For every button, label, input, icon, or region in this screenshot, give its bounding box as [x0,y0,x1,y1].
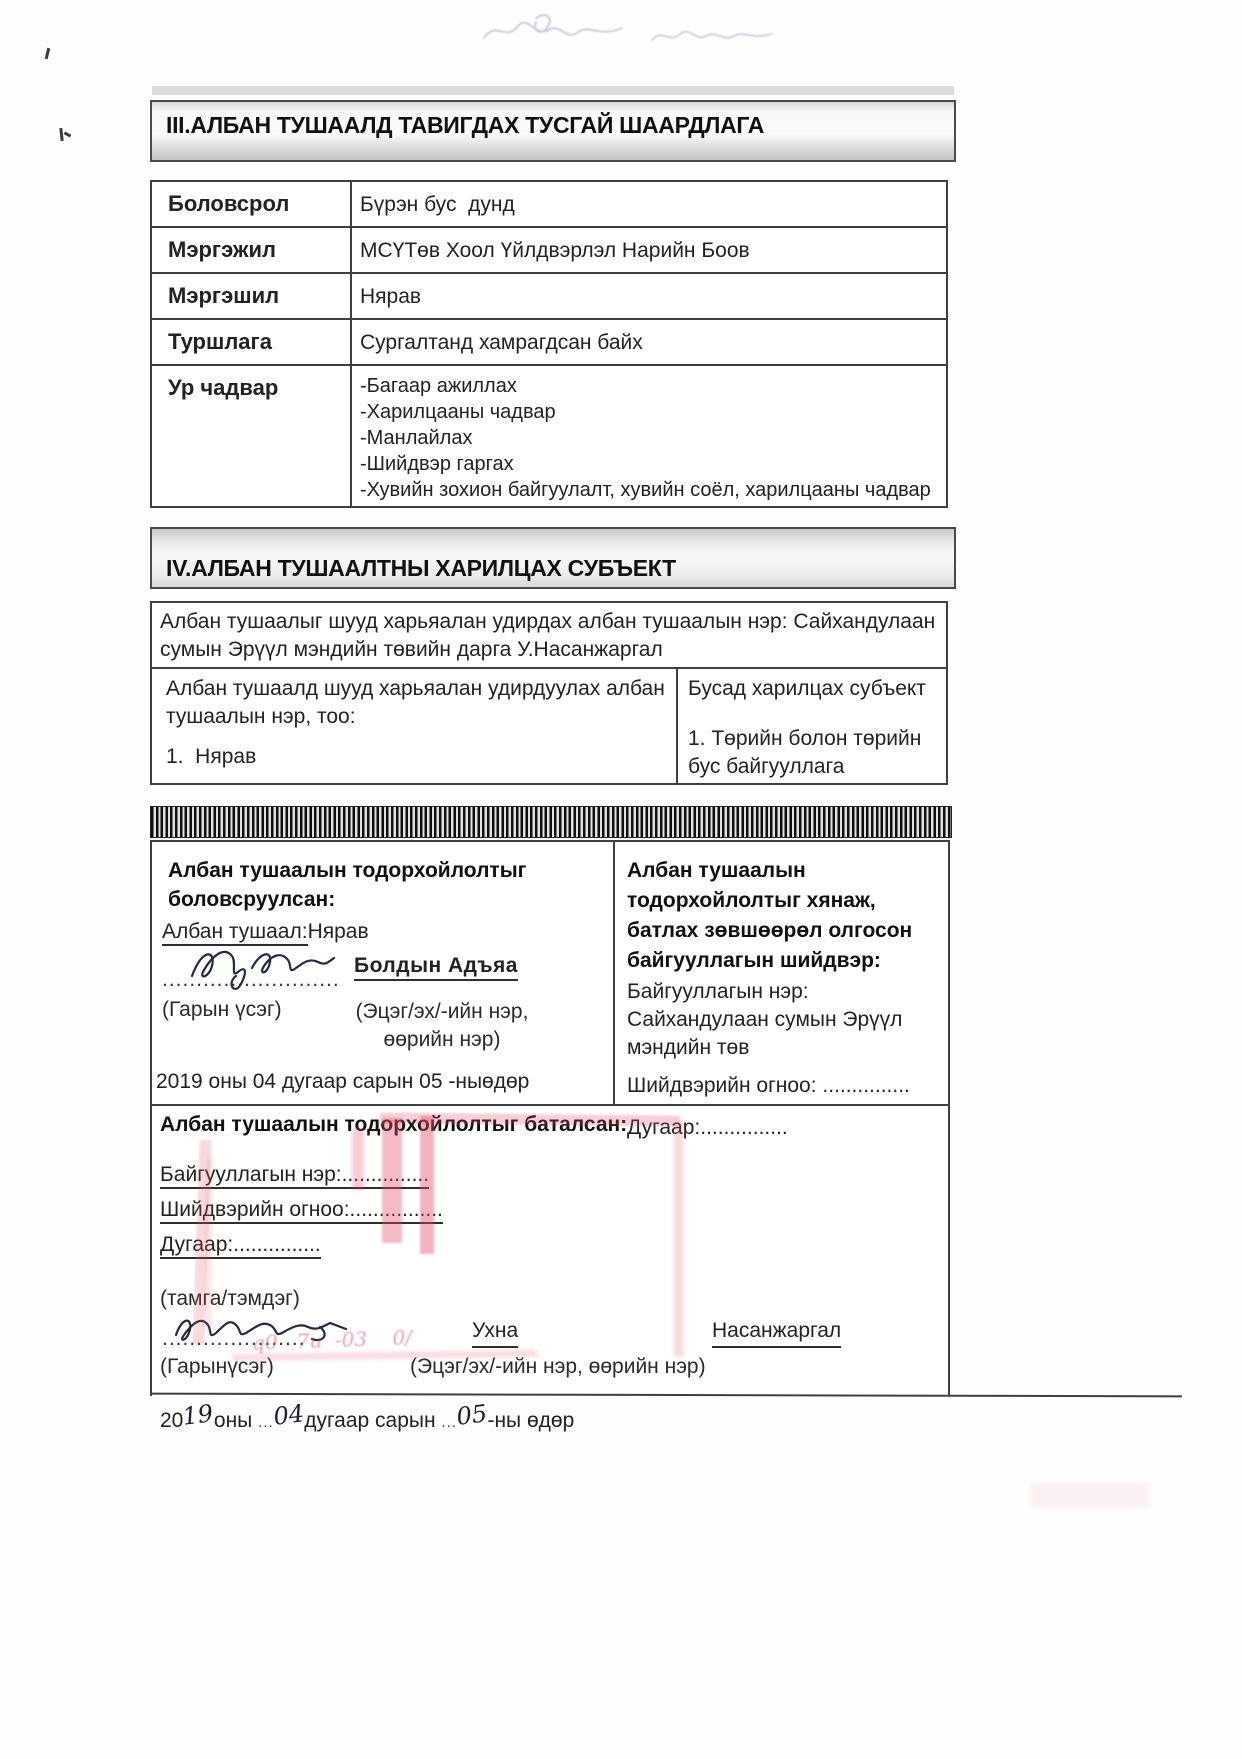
approved-signature-row: ..................... Ухна Насанжаргал [160,1315,946,1353]
header-scan-shadow [152,86,954,95]
row-label: Туршлага [152,320,352,364]
section-iv-header: IV.АЛБАН ТУШААЛТНЫ ХАРИЛЦАХ СУБЪЕКТ [150,527,956,589]
approved-signature-caption: (Гарынүсэг) [160,1355,410,1379]
date-suffix: -ны өдөр [487,1409,574,1432]
scan-speck [45,48,51,59]
section-v-corrupted-band [150,806,952,838]
section-iii-header: III.АЛБАН ТУШААЛД ТАВИГДАХ ТУСГАЙ ШААРДЛ… [150,100,956,162]
approved-org-text: Байгууллагын нэр:............... [160,1163,429,1189]
developed-signature-row: .......................... Болдын Адъяа [152,948,611,996]
date-ony: оны [214,1409,252,1432]
row-value: Сургалтанд хамрагдсан байх [352,320,946,364]
approval-box: Албан тушаалын тодорхойлолтыг боловсруул… [150,840,950,1396]
date-dots-2: ... [441,1414,457,1431]
table-row: Ур чадвар -Багаар ажиллах -Харилцааны ча… [152,366,946,506]
approved-number: Дугаар:............... [160,1231,946,1259]
subjects-left-cell: Албан тушаалд шууд харьяалан удирдуулах … [152,669,678,783]
scan-speck-2 [59,128,63,141]
date-prefix: 20 [160,1409,183,1432]
table-row: Боловсрол Бүрэн бус дунд [152,182,946,228]
subjects-right-header: Бусад харилцах субъект [688,675,940,703]
section-iii-title: III.АЛБАН ТУШААЛД ТАВИГДАХ ТУСГАЙ ШААРДЛ… [152,102,954,139]
subjects-right-cell: Бусад харилцах субъект 1. Төрийн болон т… [678,669,946,783]
approved-org-line: Байгууллагын нэр:............... [160,1161,946,1189]
signature-nasanjargal [168,1307,358,1349]
requirements-table: Боловсрол Бүрэн бус дунд Мэргэжил МСҮТөв… [150,180,948,508]
approved-surname: Ухна [472,1317,518,1348]
row-label: Боловсрол [152,182,352,226]
subjects-left-item: 1. Нярав [166,743,670,771]
approved-captions: (Гарынүсэг) (Эцэг/эх/-ийн нэр, өөрийн нэ… [160,1355,946,1379]
table-row: Мэргэжил МСҮТөв Хоол Үйлдвэрлэл Нарийн Б… [152,228,946,274]
section-iv-title: IV.АЛБАН ТУШААЛТНЫ ХАРИЛЦАХ СУБЪЕКТ [152,529,954,582]
approved-decision-text: Шийдвэрийн огноо:................ [160,1198,443,1224]
scanned-document-page: III.АЛБАН ТУШААЛД ТАВИГДАХ ТУСГАЙ ШААРДЛ… [0,0,1242,1759]
date-month-word: дугаар сарын [304,1409,435,1432]
row-value: Нярав [352,274,946,318]
subjects-columns: Албан тушаалд шууд харьяалан удирдуулах … [152,669,946,783]
handwritten-day: 05 [455,1399,489,1431]
subjects-left-header: Албан тушаалд шууд харьяалан удирдуулах … [166,675,670,731]
approved-number-text: Дугаар:............... [160,1233,321,1259]
reviewed-decision-date: Шийдвэрийн огноо: ............... [627,1072,942,1100]
approved-given-name: Насанжаргал [712,1317,841,1348]
handwritten-year: 19 [181,1399,215,1431]
subjects-table: Албан тушаалыг шууд харьяалан удирдах ал… [150,601,948,785]
supervisor-line: Албан тушаалыг шууд харьяалан удирдах ал… [152,603,946,669]
developed-date-line: 2019 оны 04 дугаар сарын 05 -ныөдөр [152,1068,611,1096]
faint-handwriting-mark [478,8,628,54]
signature-adyaa [180,934,340,992]
table-row: Мэргэшил Нярав [152,274,946,320]
signature-caption: (Гарын үсэг) [152,998,322,1054]
approved-section: Албан тушаалын тодорхойлолтыг баталсан: … [152,1106,946,1437]
faint-handwriting-mark-2 [648,20,778,50]
reviewed-title: Албан тушаалын тодорхойлолтыг хянаж, бат… [627,856,942,976]
approved-date-line: 2019оны ...04дугаар сарын ...05-ны өдөр [160,1405,946,1437]
row-label: Мэргэшил [152,274,352,318]
developed-title: Албан тушаалын тодорхойлолтыг боловсруул… [152,842,611,914]
name-caption: (Эцэг/эх/-ийн нэр, өөрийн нэр) [322,998,562,1054]
scan-speck-3 [64,132,72,138]
row-value: -Багаар ажиллах -Харилцааны чадвар -Манл… [352,366,946,506]
developed-column: Албан тушаалын тодорхойлолтыг боловсруул… [152,842,611,1096]
scan-pink-smudge [1030,1482,1150,1508]
approved-decision-date: Шийдвэрийн огноо:................ [160,1196,946,1224]
developed-captions: (Гарын үсэг) (Эцэг/эх/-ийн нэр, өөрийн н… [152,998,611,1054]
handwritten-month: 04 [272,1399,306,1431]
subjects-right-item: 1. Төрийн болон төрийн бус байгууллага [688,725,940,781]
approved-title: Албан тушаалын тодорхойлолтыг баталсан: [160,1110,946,1139]
row-label: Мэргэжил [152,228,352,272]
table-row: Туршлага Сургалтанд хамрагдсан байх [152,320,946,366]
reviewed-org-line: Байгууллагын нэр: Сайхандулаан сумын Эрү… [627,978,942,1062]
date-dots-1: ... [258,1414,274,1431]
row-value: Бүрэн бус дунд [352,182,946,226]
approved-name-caption: (Эцэг/эх/-ийн нэр, өөрийн нэр) [410,1355,706,1379]
reviewed-column: Албан тушаалын тодорхойлолтыг хянаж, бат… [615,842,948,1142]
developed-full-name: Болдын Адъяа [354,954,518,981]
row-label: Ур чадвар [152,366,352,506]
row-value: МСҮТөв Хоол Үйлдвэрлэл Нарийн Боов [352,228,946,272]
